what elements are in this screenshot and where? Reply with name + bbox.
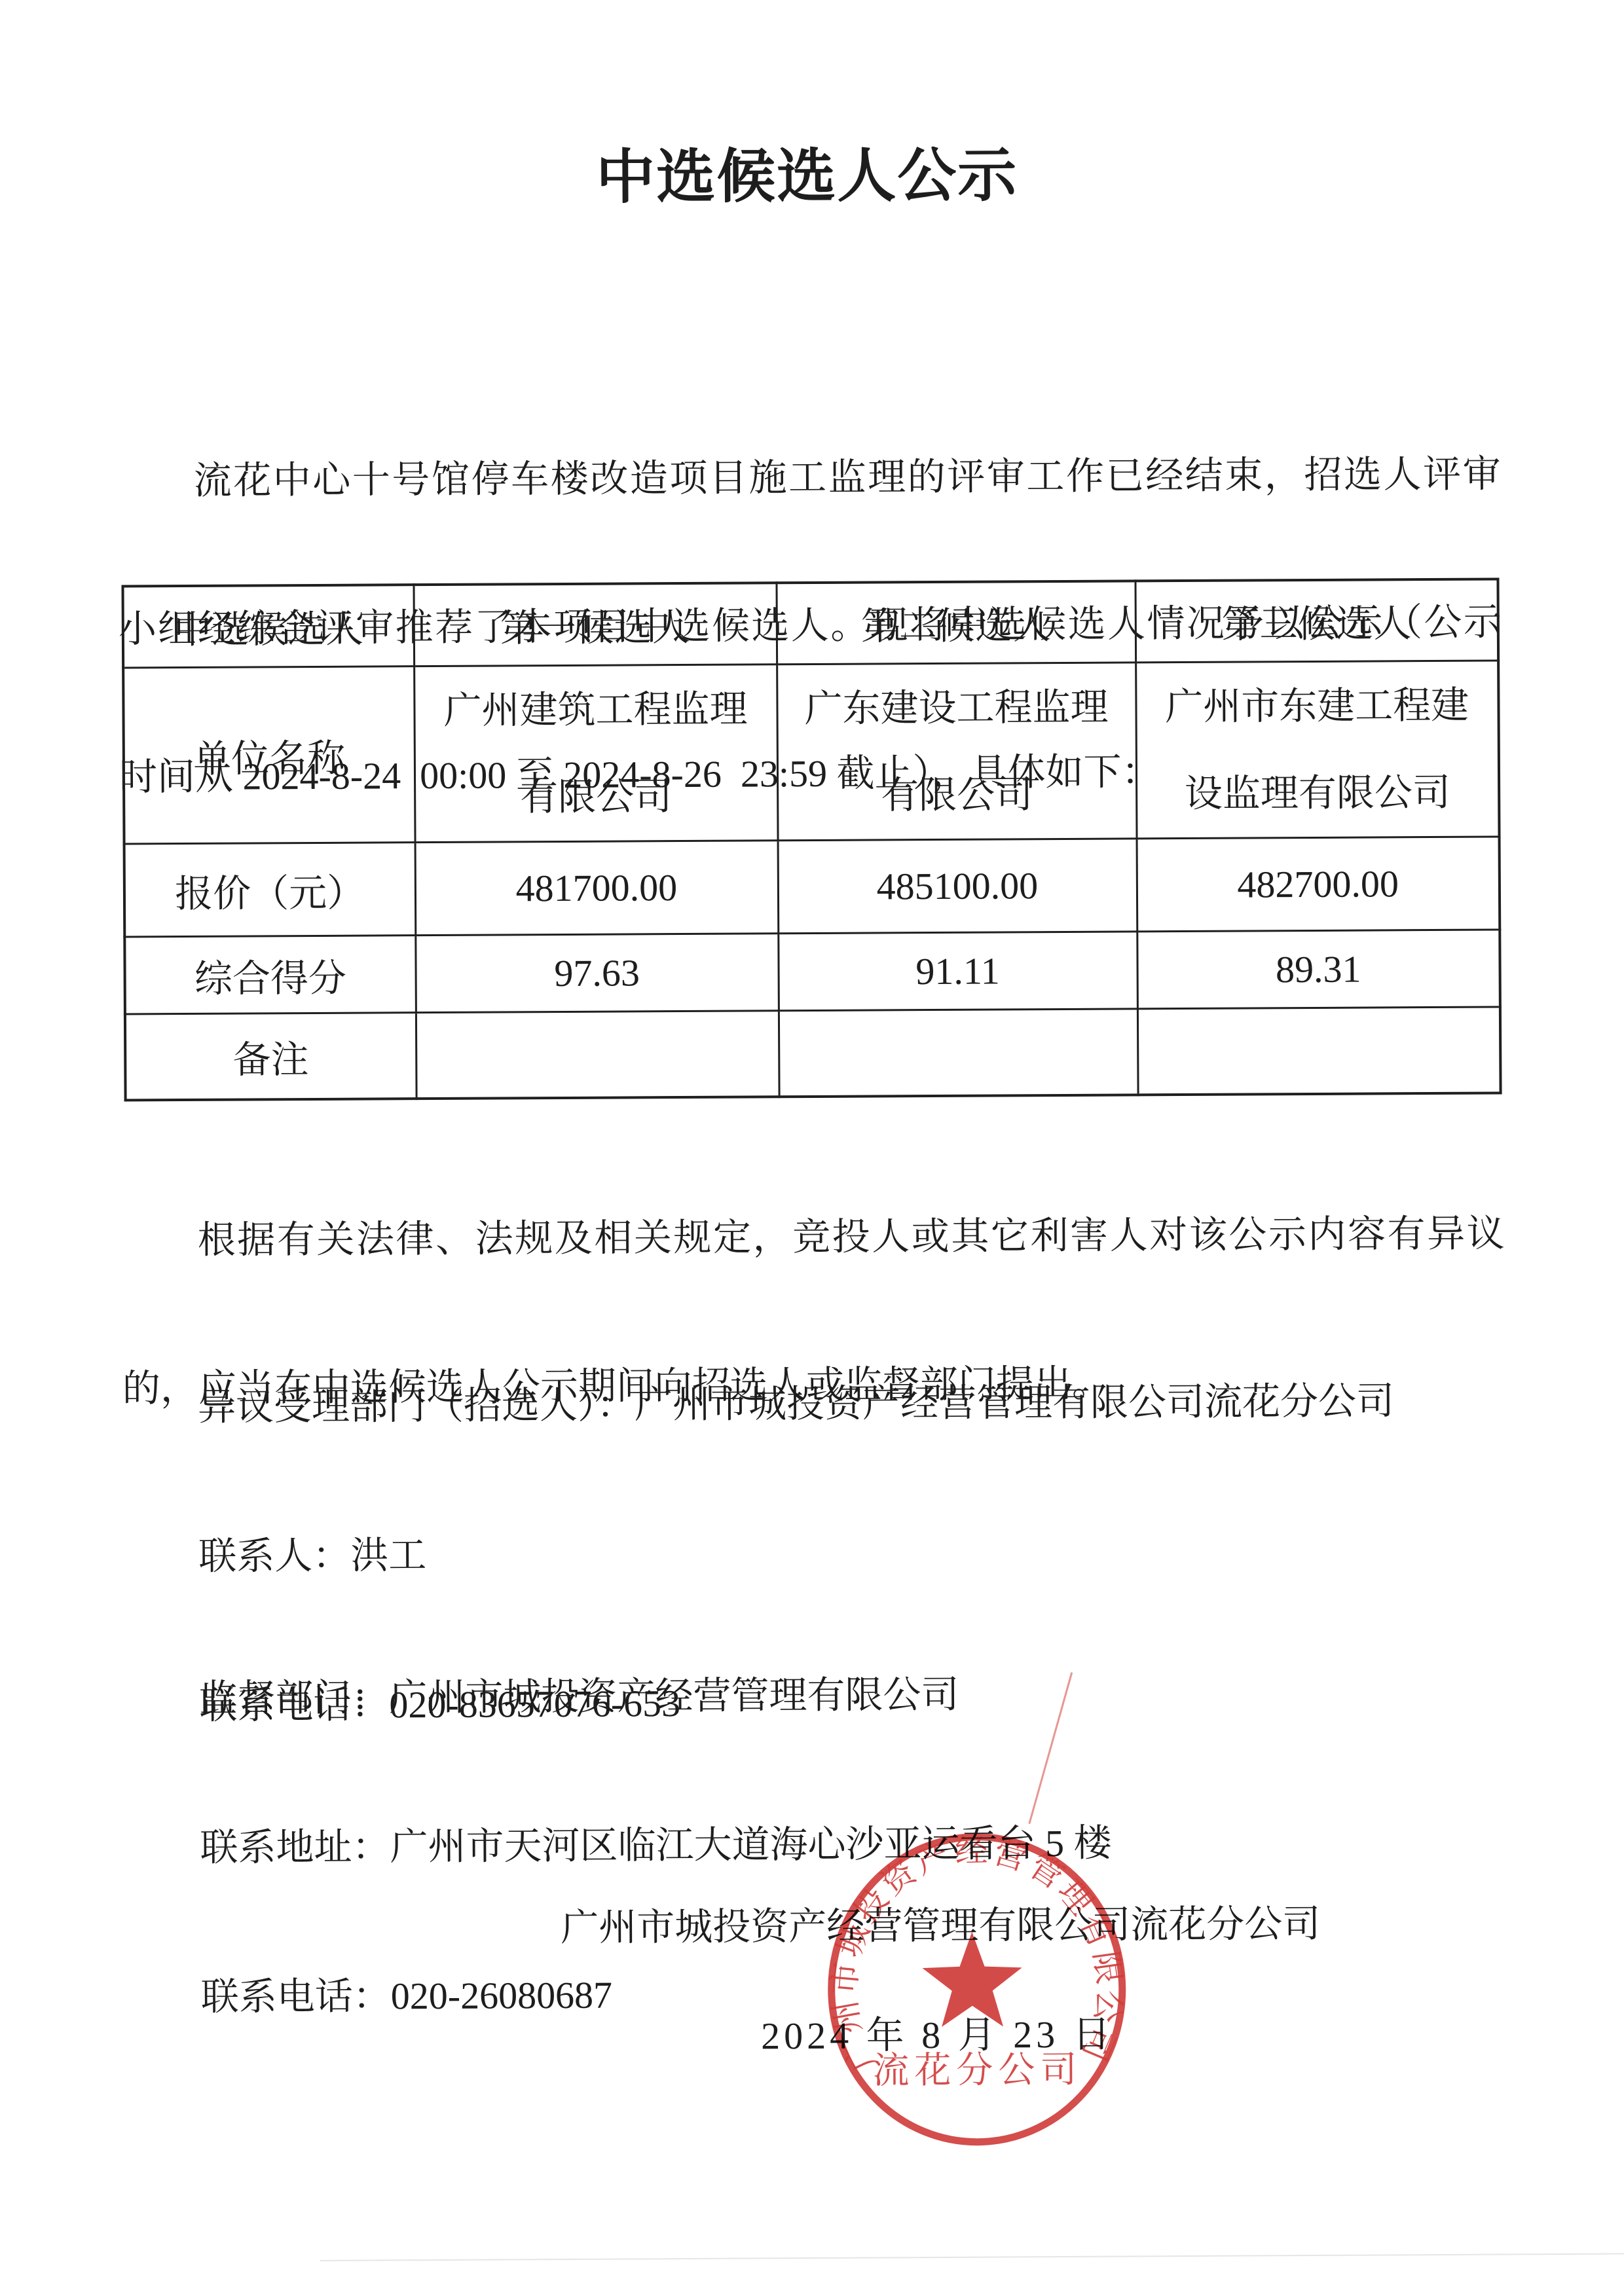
price-cell-3: 482700.00 bbox=[1137, 837, 1500, 932]
header-third-candidate: 第三候选人 bbox=[1135, 579, 1498, 663]
document-page: 中选候选人公示 流花中心十号馆停车楼改造项目施工监理的评审工作已经结束，招选人评… bbox=[0, 0, 1624, 2296]
company-cell-1: 广州建筑工程监理 有限公司 bbox=[414, 664, 777, 843]
supervision-dept-line: 监督部门：广州市城投资产经营管理有限公司 bbox=[199, 1675, 1111, 1718]
objection-dept-line: 异议受理部门（招选人）：广州市城投资产经营管理有限公司流花分公司 bbox=[198, 1382, 1394, 1427]
row-label-company: 单位名称 bbox=[123, 666, 415, 844]
stamp-star-icon bbox=[922, 1931, 1022, 2027]
company-cell-2: 广东建设工程监理 有限公司 bbox=[777, 662, 1136, 841]
score-cell-1: 97.63 bbox=[415, 934, 779, 1013]
intro-line-1: 流花中心十号馆停车楼改造项目施工监理的评审工作已经结束，招选人评审 bbox=[118, 455, 1501, 500]
row-label-remark: 备注 bbox=[125, 1013, 416, 1100]
objection-contact-line: 联系人：洪工 bbox=[198, 1531, 1395, 1576]
header-second-candidate: 第二候选人 bbox=[776, 581, 1135, 664]
score-cell-2: 91.11 bbox=[778, 932, 1137, 1011]
remark-cell-1 bbox=[416, 1011, 779, 1099]
row-label-score: 综合得分 bbox=[124, 936, 416, 1014]
table-row-company: 单位名称 广州建筑工程监理 有限公司 广东建设工程监理 有限公司 广州市东建工程… bbox=[123, 661, 1499, 845]
scanned-sheet: 中选候选人公示 流花中心十号馆停车楼改造项目施工监理的评审工作已经结束，招选人评… bbox=[0, 0, 1624, 2296]
table-row-price: 报价（元） 481700.00 485100.00 482700.00 bbox=[124, 837, 1500, 937]
candidates-table: 中选候选人 第一候选人 第二候选人 第三候选人 单位名称 广州建筑工程监理 有限… bbox=[121, 577, 1502, 1101]
company-cell-3: 广州市东建工程建 设监理有限公司 bbox=[1135, 661, 1499, 839]
table-header-row: 中选候选人 第一候选人 第二候选人 第三候选人 bbox=[122, 579, 1498, 668]
page-title: 中选候选人公示 bbox=[0, 124, 1619, 218]
remark-cell-3 bbox=[1137, 1007, 1501, 1095]
price-cell-1: 481700.00 bbox=[415, 841, 779, 936]
header-first-candidate: 第一候选人 bbox=[413, 583, 777, 666]
table-row-remark: 备注 bbox=[125, 1007, 1501, 1100]
notice-line-1: 根据有关法律、法规及相关规定，竞投人或其它利害人对该公示内容有异议 bbox=[122, 1214, 1505, 1260]
company-seal-stamp: 广州市城投资产经营管理有限公司 流花分公司 bbox=[819, 1825, 1135, 2154]
header-candidate: 中选候选人 bbox=[122, 585, 414, 667]
table-row-score: 综合得分 97.63 91.11 89.31 bbox=[124, 930, 1500, 1014]
remark-cell-2 bbox=[779, 1009, 1138, 1097]
scan-artifact-line bbox=[320, 2253, 1624, 2261]
row-label-price: 报价（元） bbox=[124, 843, 416, 937]
score-cell-3: 89.31 bbox=[1137, 930, 1500, 1009]
price-cell-2: 485100.00 bbox=[778, 839, 1137, 934]
stamp-bottom-text: 流花分公司 bbox=[872, 2050, 1082, 2092]
